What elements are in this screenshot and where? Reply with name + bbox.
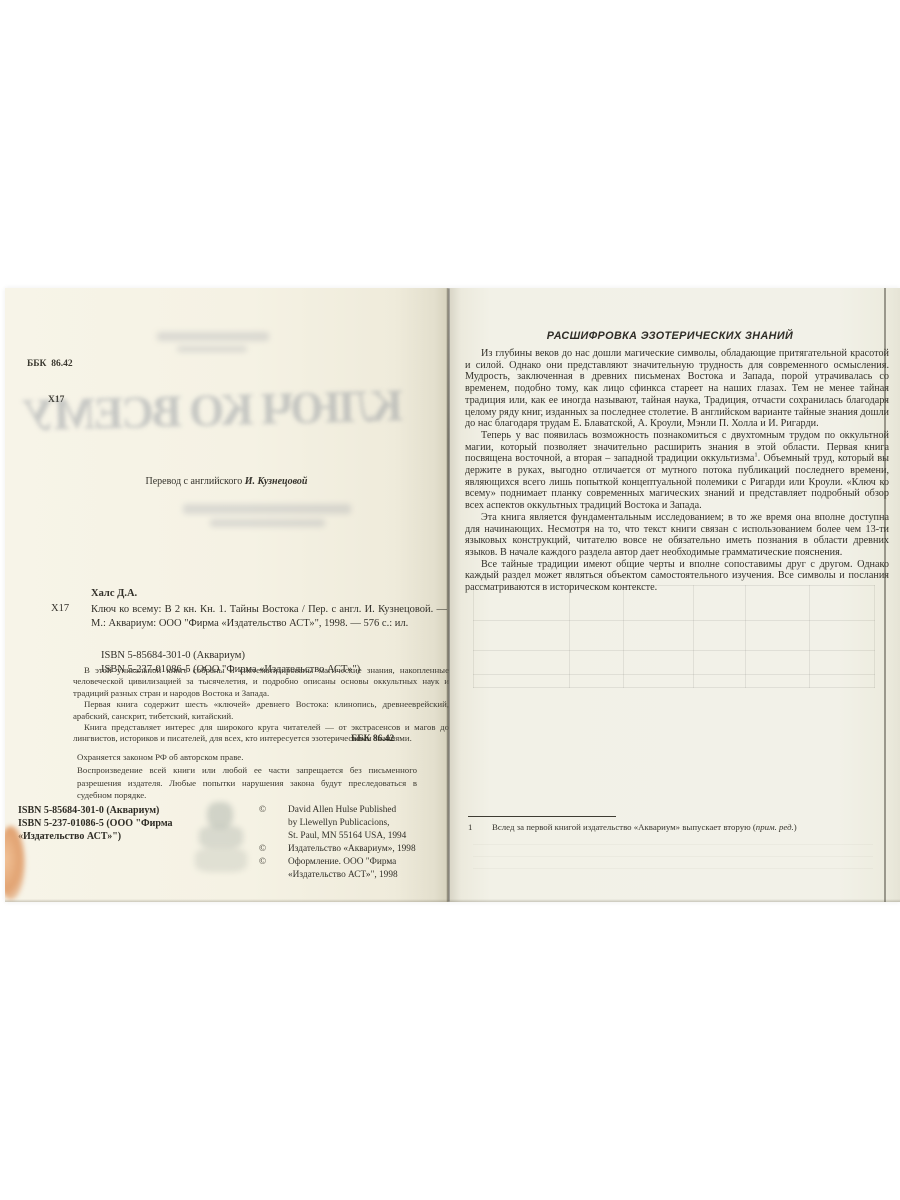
show-through-smudge [210, 519, 325, 527]
credit-text: St. Paul, MN 55164 USA, 1994 [288, 830, 406, 843]
show-through-smudge [177, 346, 247, 352]
annotation-paragraph: В этой уникальной книге собраны и систем… [73, 665, 449, 699]
logo-blob [207, 802, 233, 828]
show-through-smudge [157, 332, 269, 341]
body-paragraph-1: Из глубины веков до нас дошли магические… [465, 348, 889, 430]
bib-index-x17: Х17 [51, 603, 69, 614]
body-paragraph-3: Эта книга является фундаментальным иссле… [465, 512, 889, 559]
credit-row: © Издательство «Аквариум», 1998 [259, 843, 416, 856]
text-show-through [473, 844, 873, 880]
book-photo: ББК 86.42 Х17 КЛЮЧ КО ВСЕМУ Перевод с ан… [5, 288, 900, 902]
body-paragraph-2: Теперь у вас появилась возможность позна… [465, 430, 889, 512]
credit-row: «Издательство АСТ»", 1998 [259, 869, 416, 882]
bbk-code: ББК 86.42 [27, 358, 73, 370]
credit-row: St. Paul, MN 55164 USA, 1994 [259, 830, 416, 843]
copyright-credits-block: © David Allen Hulse Published by Llewell… [259, 804, 416, 882]
screenshot-canvas: ББК 86.42 Х17 КЛЮЧ КО ВСЕМУ Перевод с ан… [0, 0, 900, 1200]
copyright-symbol: © [259, 856, 288, 869]
credit-row: © David Allen Hulse Published [259, 804, 416, 817]
credit-text: by Llewellyn Publicacions, [288, 817, 389, 830]
footnote: 1 Вслед за первой книгой издательство «А… [468, 822, 880, 832]
translation-credit-line: Перевод с английского И. Кузнецовой [5, 476, 448, 487]
right-page-body-text: Из глубины веков до нас дошли магические… [465, 348, 889, 594]
credit-text: Оформление. ООО "Фирма [288, 856, 396, 869]
right-page-heading: РАСШИФРОВКА ЭЗОТЕРИЧЕСКИХ ЗНАНИЙ [450, 330, 890, 342]
translator-name: И. Кузнецовой [245, 476, 308, 487]
copyright-symbol: © [259, 804, 288, 817]
credit-text: «Издательство АСТ»", 1998 [288, 869, 398, 882]
footnote-text: Вслед за первой книгой издательство «Акв… [492, 822, 797, 832]
bbk-classification-bottom: ББК 86.42 [351, 734, 394, 744]
footnote-marker: 1 [468, 822, 492, 832]
copyright-symbol: © [259, 843, 288, 856]
copyright-line: Охраняется законом РФ об авторском праве… [77, 751, 417, 764]
logo-blob [195, 848, 247, 872]
footnote-rule [468, 816, 616, 817]
footnote-text-before: Вслед за первой книгой издательство «Акв… [492, 822, 756, 832]
page-fore-edge [884, 288, 886, 902]
show-through-smudge [183, 504, 351, 514]
bib-entry: Ключ ко всему: В 2 кн. Кн. 1. Тайны Вост… [91, 603, 447, 631]
credit-text: David Allen Hulse Published [288, 804, 396, 817]
copyright-notice: Охраняется законом РФ об авторском праве… [77, 751, 417, 802]
bib-author: Халс Д.А. [91, 588, 137, 599]
left-page: ББК 86.42 Х17 КЛЮЧ КО ВСЕМУ Перевод с ан… [5, 288, 448, 902]
table-show-through [473, 585, 875, 688]
copyright-symbol [259, 817, 288, 830]
annotation-paragraph: Первая книга содержит шесть «ключей» дре… [73, 699, 449, 722]
copyright-body: Воспроизведение всей книги или любой ее … [77, 764, 417, 802]
footnote-text-after: ) [794, 822, 797, 832]
credit-row: © Оформление. ООО "Фирма [259, 856, 416, 869]
page-bottom-shadow [5, 899, 900, 902]
copyright-symbol [259, 830, 288, 843]
bib-isbn-1: ISBN 5-85684-301-0 (Аквариум) [101, 650, 245, 661]
copyright-symbol [259, 869, 288, 882]
publisher-logo-show-through [195, 802, 247, 876]
annotation-block: В этой уникальной книге собраны и систем… [73, 665, 449, 745]
credit-text: Издательство «Аквариум», 1998 [288, 843, 416, 856]
footnote-editor-note: прим. ред. [756, 822, 794, 832]
show-through-mirrored-title: КЛЮЧ КО ВСЕМУ [52, 379, 403, 440]
credit-row: by Llewellyn Publicacions, [259, 817, 416, 830]
logo-blob [199, 826, 243, 848]
translation-prefix: Перевод с английского [145, 476, 244, 487]
